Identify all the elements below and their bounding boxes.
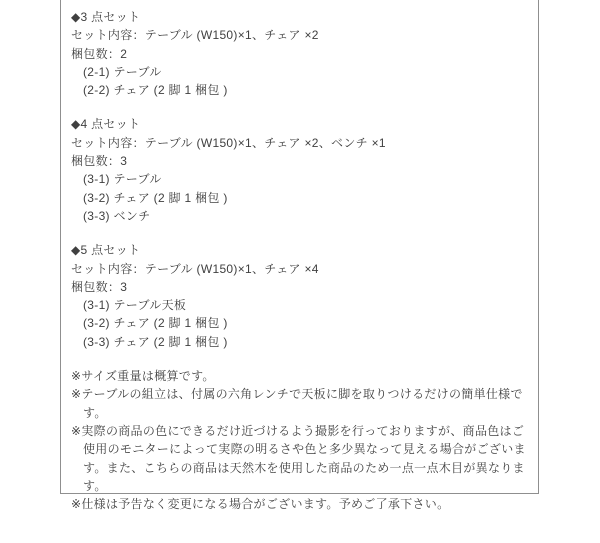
set-section-5piece: ◆5 点セット セット内容：テーブル (W150)×1、チェア ×4 梱包数：3… [71,241,530,351]
page: ◆3 点セット セット内容：テーブル (W150)×1、チェア ×2 梱包数：2… [0,0,600,543]
note-spec-change: ※仕様は予告なく変更になる場合がございます。予めご了承下さい。 [71,495,530,513]
notes-block: ※サイズ重量は概算です。 ※テーブルの組立は、付属の六角レンチで天板に脚を取りつ… [71,367,530,513]
package-item: (3-3) ベンチ [71,207,530,225]
set-contents: セット内容：テーブル (W150)×1、チェア ×2、ベンチ ×1 [71,134,530,152]
set-title: ◆5 点セット [71,241,530,259]
product-info-box: ◆3 点セット セット内容：テーブル (W150)×1、チェア ×2 梱包数：2… [60,0,539,494]
package-item: (2-2) チェア (2 脚 1 梱包 ) [71,81,530,99]
package-item: (3-1) テーブル [71,170,530,188]
package-item: (2-1) テーブル [71,63,530,81]
note-color-monitor: ※実際の商品の色にできるだけ近づけるよう撮影を行っておりますが、商品色はご使用の… [71,422,530,495]
packing-count: 梱包数：3 [71,152,530,170]
package-item: (3-2) チェア (2 脚 1 梱包 ) [71,314,530,332]
set-title: ◆4 点セット [71,115,530,133]
packing-count: 梱包数：2 [71,45,530,63]
set-title: ◆3 点セット [71,8,530,26]
packing-count: 梱包数：3 [71,278,530,296]
note-assembly: ※テーブルの組立は、付属の六角レンチで天板に脚を取りつけるだけの簡単仕様です。 [71,385,530,422]
package-item: (3-2) チェア (2 脚 1 梱包 ) [71,189,530,207]
note-size-weight: ※サイズ重量は概算です。 [71,367,530,385]
set-contents: セット内容：テーブル (W150)×1、チェア ×2 [71,26,530,44]
box-content: ◆3 点セット セット内容：テーブル (W150)×1、チェア ×2 梱包数：2… [61,0,538,513]
package-item: (3-1) テーブル天板 [71,296,530,314]
package-item: (3-3) チェア (2 脚 1 梱包 ) [71,333,530,351]
set-section-3piece: ◆3 点セット セット内容：テーブル (W150)×1、チェア ×2 梱包数：2… [71,8,530,99]
set-contents: セット内容：テーブル (W150)×1、チェア ×4 [71,260,530,278]
set-section-4piece: ◆4 点セット セット内容：テーブル (W150)×1、チェア ×2、ベンチ ×… [71,115,530,225]
